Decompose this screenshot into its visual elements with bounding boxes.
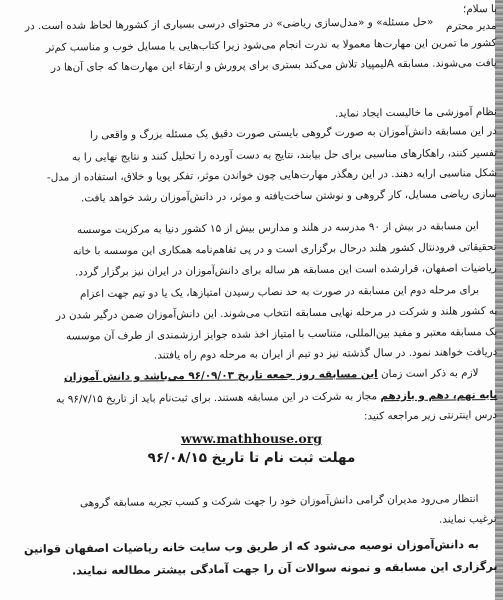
competition-date: این مسابقه روز جمعه تاریخ ۹۶/۰۹/۰۳ می‌با… [64, 368, 378, 383]
paragraph-line: تفسیر کنند، راهکارهای مناسبی برای حل بیا… [72, 146, 497, 164]
closing-line: ترغیب نمایند. [439, 512, 497, 527]
scan-edge-shadow [495, 0, 503, 600]
paragraph-line: ریاضیات اصفهان، قرارشده است این مسابقه ه… [75, 261, 497, 279]
paragraph-line: یک مسابقه معتبر و مفید بین‌المللی، متناس… [66, 325, 497, 344]
paragraph-line: برای مرحله دوم این مسابقه در صورت به حد … [80, 283, 479, 301]
greeting: با سلام؛ [463, 2, 497, 16]
paragraph-line: دریافت خواهند نمود. در سال گذشته نیز دو … [154, 345, 497, 363]
eligible-grades: پایه نهم، دهم و یازدهم [380, 389, 497, 402]
paragraph-line: کشور ما تمرین این مهارت‌ها معمولا به ندر… [46, 36, 497, 55]
paragraph-line: تحقیقاتی فرودنتال کشور هلند درحال برگزار… [73, 240, 497, 258]
grade-line: پایه نهم، دهم و یازدهم مجاز به شرکت در ا… [56, 388, 497, 407]
recommendation-line: به دانش‌آموزان توصیه می‌شود که از طریق و… [24, 538, 479, 557]
paragraph-line: در این مسابقه دانش‌آموزان به صورت گروهی … [90, 124, 497, 142]
paragraph-line: یافت می‌شوند. مسابقه Aلیمپیاد تلاش می‌کن… [51, 56, 497, 75]
addressee: مدیر محترم [446, 19, 497, 34]
date-line: لازم به ذکر است زمان این مسابقه روز جمعه… [64, 366, 479, 384]
paragraph-line: «حل مسئله» و «مدل‌سازی ریاضی» در محتوای … [25, 15, 433, 33]
paragraph-line: این مسابقه در بیش از ۹۰ مدرسه در هلند و … [77, 219, 479, 237]
date-prefix: لازم به ذکر است زمان [378, 367, 479, 380]
paragraph-line: نظام آموزشی ما خالیست ایجاد نماید. [335, 105, 497, 121]
recommendation-line: برگزاری این مسابقه و نمونه سوالات آن را … [71, 560, 497, 578]
grade-suffix: مجاز به شرکت در این مسابقه هستند. برای ث… [56, 390, 380, 405]
paragraph-line: شکل مناسبی ارایه دهند. در این رهگذر مهار… [47, 166, 497, 185]
paragraph-line: به کشور هلند و شرکت در مرحله نهایی مسابق… [56, 304, 497, 323]
scanned-letter: با سلام؛ مدیر محترم «حل مسئله» و «مدل‌سا… [0, 0, 503, 600]
paragraph-line: سازی ریاضی مسایل، کار گروهی و نوشتن ساخت… [81, 187, 497, 205]
closing-line: انتظار می‌رود مدیران گرامی دانش‌آموزان خ… [80, 492, 479, 510]
registration-deadline: مهلت ثبت نام تا تاریخ ۹۶/۰۸/۱۵ [0, 450, 503, 466]
refer-line: درس اینترنتی زیر مراجعه کنید: [364, 408, 497, 423]
website-link[interactable]: www.mathhouse.org [181, 431, 322, 446]
